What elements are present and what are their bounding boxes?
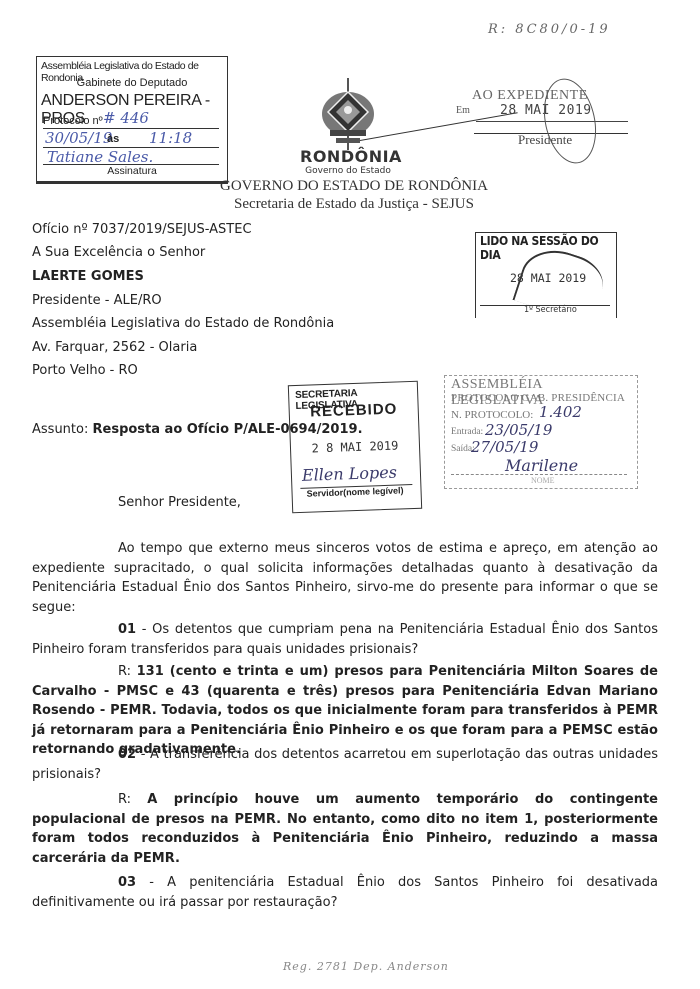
stamp-signature-label: Assinatura [37, 165, 227, 177]
answer-2: R: A princípio houve um aumento temporár… [32, 790, 658, 868]
answer-1-label: R: [118, 664, 137, 679]
protocol-office-label: PROTOCOLO GAB. PRESIDÊNCIA [451, 392, 625, 404]
state-coat-of-arms-icon [312, 78, 384, 150]
protocol-number-label: N. PROTOCOLO: [451, 409, 533, 421]
recipient-city: Porto Velho - RO [32, 363, 138, 378]
recipient-name: LAERTE GOMES [32, 269, 144, 284]
intro-text: Ao tempo que externo meus sinceros votos… [32, 541, 658, 615]
subject-line: Assunto: Resposta ao Ofício P/ALE-0694/2… [32, 422, 363, 437]
brand-subtitle: Governo do Estado [300, 166, 396, 176]
deputy-protocol-stamp: Assembléia Legislativa do Estado de Rond… [36, 56, 228, 184]
government-title: GOVERNO DO ESTADO DE RONDÔNIA [0, 178, 700, 195]
stamp-time: 11:18 [149, 129, 192, 147]
received-stamp: SECRETARIA LEGISLATIVA RECEBIDO 2 8 MAI … [288, 381, 422, 513]
expediente-em-label: Em [456, 105, 470, 116]
stamp-cabinet-label: Gabinete do Deputado [37, 77, 227, 89]
presidency-protocol-stamp: ASSEMBLÉIA LEGISLATIVA PROTOCOLO GAB. PR… [444, 375, 638, 489]
brand-name: RONDÔNIA [300, 147, 396, 166]
handwritten-footer-note: Reg. 2781 Dep. Anderson [283, 960, 449, 973]
stamp-protocol-number: # 446 [103, 109, 149, 127]
protocol-exit-date: 27/05/19 [471, 438, 538, 456]
subject-label: Assunto: [32, 422, 88, 437]
recipient-salutation: A Sua Excelência o Senhor [32, 245, 205, 260]
protocol-signature: Marilene [505, 456, 578, 475]
protocol-number-value: 1.402 [539, 403, 582, 421]
question-2: 02 - A transferência dos detentos acarre… [32, 745, 658, 784]
question-3: 03 - A penitenciária Estadual Ênio dos S… [32, 873, 658, 912]
question-1: 01 - Os detentos que cumpriam pena na Pe… [32, 620, 658, 659]
question-1-number: 01 [118, 622, 136, 637]
question-3-number: 03 [118, 875, 136, 890]
answer-2-label: R: [118, 792, 147, 807]
stamp-at-label: às [107, 133, 119, 145]
stamp-protocol-label: Protocolo nº [43, 115, 103, 127]
recipient-street: Av. Farquar, 2562 - Olaria [32, 340, 197, 355]
salutation: Senhor Presidente, [118, 495, 241, 510]
protocol-entry-label: Entrada: [451, 427, 483, 437]
stamp-date: 30/05/19 [45, 129, 112, 147]
recipient-role: Presidente - ALE/RO [32, 293, 162, 308]
protocol-entry-date: 23/05/19 [485, 421, 552, 439]
subject-value: Resposta ao Ofício P/ALE-0694/2019. [93, 422, 363, 437]
divider [451, 474, 627, 475]
handwritten-reference-note: R: 8C80/0-19 [488, 22, 611, 37]
secretariat-subtitle: Secretaria de Estado da Justiça - SEJUS [0, 196, 700, 213]
recebido-signature: Ellen Lopes [302, 463, 398, 485]
recipient-institution: Assembléia Legislativa do Estado de Rond… [32, 316, 334, 331]
question-2-number: 02 [118, 747, 136, 762]
recebido-status: RECEBIDO [289, 400, 418, 421]
intro-paragraph: Ao tempo que externo meus sinceros votos… [32, 539, 658, 617]
oficio-number: Ofício nº 7037/2019/SEJUS-ASTEC [32, 222, 252, 237]
recebido-servidor-label: Servidor(nome legível) [306, 485, 403, 498]
protocol-name-label: NOME [531, 476, 555, 485]
recebido-date: 2 8 MAI 2019 [291, 438, 419, 456]
